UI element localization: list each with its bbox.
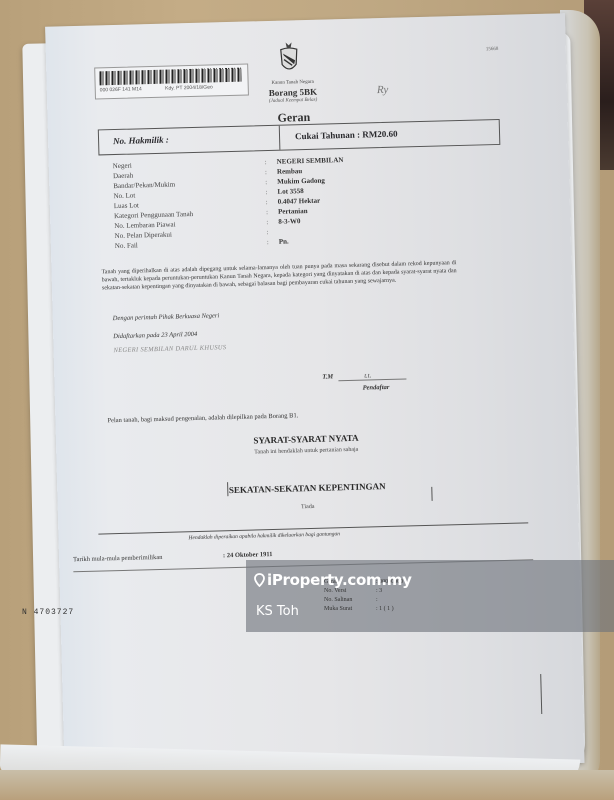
registrar-label: Pendaftar: [363, 384, 390, 392]
location-pin-icon: [254, 573, 265, 587]
title-box-divider: [279, 126, 281, 150]
edit-mark: [540, 674, 542, 714]
barcode-label: 000 026F 141 M14 Kdy. PT 2004/18/Geo: [94, 64, 249, 100]
table-surface: [0, 770, 614, 800]
top-right-code: 15668: [486, 47, 499, 52]
lower-field-row: No. Salinan:: [324, 596, 403, 605]
serial-number: N 4703727: [22, 608, 74, 617]
handwritten-mark: Ry: [377, 84, 389, 96]
signature-tm: T.M: [322, 373, 333, 380]
authority-line: Dengan perintah Pihak Berkuasa Negeri: [113, 312, 220, 322]
watermark-site: iProperty.com.my: [267, 571, 412, 589]
property-fields: Negeri:NEGERI SEMBILAN Daerah:Rembau Ban…: [113, 155, 346, 251]
footer-note: Hendaklah diperaikan apabila hakmilik di…: [188, 531, 340, 541]
watermark-agent: KS Toh: [256, 604, 299, 619]
signature-line: [338, 378, 406, 381]
state-crest-icon: [278, 40, 301, 75]
restrictions-heading: SEKATAN-SEKATAN KEPENTINGAN: [97, 478, 517, 499]
original-date-label: Tarikh mula-mula pemberimilikan: [73, 554, 163, 563]
barcode: [99, 68, 241, 86]
state-stamp: NEGERI SEMBILAN DARUL KHUSUS: [113, 344, 226, 354]
title-box: No. Hakmilik : Cukai Tahunan : RM20.60: [98, 119, 501, 156]
plan-note: Pelan tanah, bagi maksud pengenalan, ada…: [107, 412, 298, 424]
lower-field-row: Muka Surat: 1 ( 1 ): [324, 605, 403, 614]
registered-date: Didaftarkan pada 23 April 2004: [113, 331, 197, 340]
restrictions-text: Tiada: [98, 499, 518, 516]
title-number-label: No. Hakmilik :: [113, 135, 169, 146]
watermark-logo: iProperty.com.my: [254, 571, 412, 589]
barcode-id: 000 026F 141 M14: [100, 86, 142, 93]
annual-tax-label: Cukai Tahunan : RM20.60: [295, 129, 398, 142]
watermark-overlay: Geran: 00000000 No. Versi: 3 No. Salinan…: [246, 560, 614, 632]
ownership-paragraph: Tanah yang diperihalkan di atas adalah d…: [101, 259, 457, 292]
land-title-document: 000 026F 141 M14 Kdy. PT 2004/18/Geo Kan…: [45, 13, 584, 776]
signature-initials: t.t.: [364, 372, 371, 379]
original-date-value: : 24 Oktober 1911: [223, 551, 273, 559]
barcode-ref: Kdy. PT 2004/18/Geo: [165, 84, 213, 91]
